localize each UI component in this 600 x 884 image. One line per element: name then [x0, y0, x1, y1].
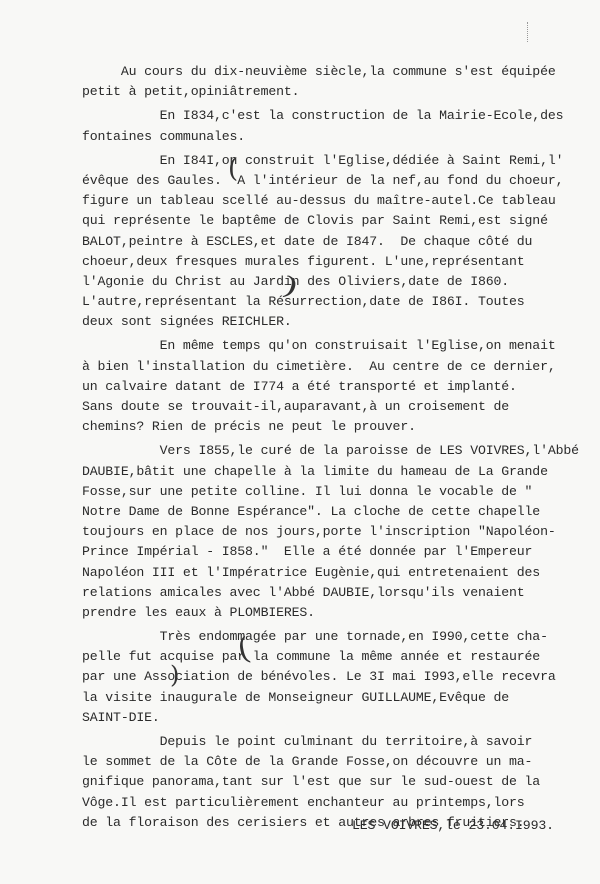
- text-line: Vôge.Il est particulièrement enchanteur …: [82, 793, 592, 813]
- text-line: Prince Impérial - I858." Elle a été donn…: [82, 542, 592, 562]
- text-line: BALOT,peintre à ESCLES,et date de I847. …: [82, 232, 592, 252]
- text-line: En I84I,on construit l'Eglise,dédiée à S…: [82, 151, 592, 171]
- text-line: l'Agonie du Christ au Jardin des Olivier…: [82, 272, 592, 292]
- text-line: petit à petit,opiniâtrement.: [82, 82, 592, 102]
- text-line: prendre les eaux à PLOMBIERES.: [82, 603, 592, 623]
- handwritten-close-bracket: ): [170, 661, 179, 689]
- text-line: En I834,c'est la construction de la Mair…: [82, 106, 592, 126]
- text-line: Notre Dame de Bonne Espérance". La cloch…: [82, 502, 592, 522]
- text-line: à bien l'installation du cimetière. Au c…: [82, 357, 592, 377]
- text-line: deux sont signées REICHLER.: [82, 312, 592, 332]
- text-line: gnifique panorama,tant sur l'est que sur…: [82, 772, 592, 792]
- text-line: toujours en place de nos jours,porte l'i…: [82, 522, 592, 542]
- text-line: qui représente le baptême de Clovis par …: [82, 211, 592, 231]
- text-line: SAINT-DIE.: [82, 708, 592, 728]
- text-line: pelle fut acquise par la commune la même…: [82, 647, 592, 667]
- document-page: Au cours du dix-neuvième siècle,la commu…: [0, 0, 600, 884]
- text-line: Sans doute se trouvait-il,auparavant,à u…: [82, 397, 592, 417]
- text-line: le sommet de la Côte de la Grande Fosse,…: [82, 752, 592, 772]
- text-line: relations amicales avec l'Abbé DAUBIE,lo…: [82, 583, 592, 603]
- margin-mark: [527, 22, 529, 42]
- text-line: Fosse,sur une petite colline. Il lui don…: [82, 482, 592, 502]
- text-line: Vers I855,le curé de la paroisse de LES …: [82, 441, 592, 461]
- text-line: choeur,deux fresques murales figurent. L…: [82, 252, 592, 272]
- text-line: figure un tableau scellé au-dessus du ma…: [82, 191, 592, 211]
- text-line: DAUBIE,bâtit une chapelle à la limite du…: [82, 462, 592, 482]
- text-line: Au cours du dix-neuvième siècle,la commu…: [82, 62, 592, 82]
- text-line: par une Association de bénévoles. Le 3I …: [82, 667, 592, 687]
- signature-line: LES VOIVRES,le 23.04.I993.: [352, 818, 554, 833]
- text-line: la visite inaugurale de Monseigneur GUIL…: [82, 688, 592, 708]
- text-line: Très endommagée par une tornade,en I990,…: [82, 627, 592, 647]
- text-line: fontaines communales.: [82, 127, 592, 147]
- text-line: Depuis le point culminant du territoire,…: [82, 732, 592, 752]
- handwritten-open-bracket: (: [228, 154, 238, 184]
- document-body: Au cours du dix-neuvième siècle,la commu…: [82, 62, 592, 833]
- text-line: évêque des Gaules. A l'intérieur de la n…: [82, 171, 592, 191]
- text-line: En même temps qu'on construisait l'Eglis…: [82, 336, 592, 356]
- text-line: un calvaire datant de I774 a été transpo…: [82, 377, 592, 397]
- text-line: L'autre,représentant la Résurrection,dat…: [82, 292, 592, 312]
- text-line: Napoléon III et l'Impératrice Eugènie,qu…: [82, 563, 592, 583]
- text-line: chemins? Rien de précis ne peut le prouv…: [82, 417, 592, 437]
